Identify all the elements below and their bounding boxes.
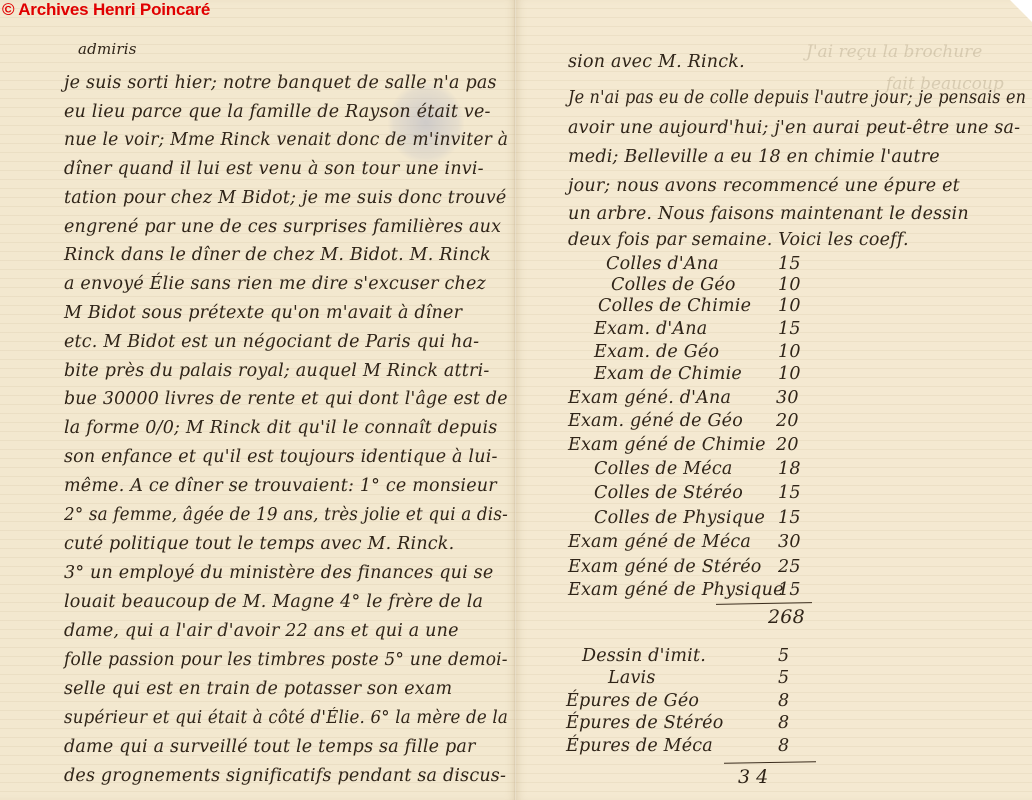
left-line-0: admiris	[78, 40, 137, 58]
coeff-label: Colles d'Ana	[606, 254, 719, 274]
right-intro-line-1: Je n'ai pas eu de colle depuis l'autre j…	[568, 88, 1026, 108]
left-line-20: dame, qui a l'air d'avoir 22 ans et qui …	[64, 621, 459, 641]
drawing-value: 8	[778, 691, 789, 711]
coeff-label: Exam géné de Chimie	[568, 435, 766, 455]
coeff-value: 15	[778, 508, 801, 528]
left-line-9: M Bidot sous prétexte qu'on m'avait à dî…	[64, 303, 462, 323]
right-intro-line-2: avoir une aujourd'hui; j'en aurai peut-ê…	[568, 118, 1020, 138]
left-line-13: la forme 0/0; M Rinck dit qu'il le conna…	[64, 418, 497, 438]
coeff-value: 25	[778, 557, 801, 577]
drawing-label: Dessin d'imit.	[582, 646, 706, 666]
coeff-value: 18	[778, 459, 801, 479]
left-line-2: eu lieu parce que la famille de Rayson é…	[64, 102, 491, 122]
left-line-21: folle passion pour les timbres poste 5° …	[64, 650, 508, 670]
sum-rule	[724, 761, 816, 764]
coeff-label: Exam. d'Ana	[594, 319, 707, 339]
coeff-label: Exam géné de Stéréo	[568, 557, 762, 577]
left-line-15: même. A ce dîner se trouvaient: 1° ce mo…	[64, 476, 497, 496]
left-line-22: selle qui est en train de potasser son e…	[64, 679, 452, 699]
left-line-11: bite près du palais royal; auquel M Rinc…	[64, 361, 490, 381]
right-page: J'ai reçu la brochure fait beaucoup sion…	[516, 0, 1032, 800]
drawing-value: 5	[778, 668, 789, 688]
coeff-value: 30	[778, 532, 801, 552]
left-line-1: je suis sorti hier; notre banquet de sal…	[64, 73, 497, 93]
coeff-value: 10	[778, 275, 801, 295]
coeff-value: 15	[778, 319, 801, 339]
drawing-label: Lavis	[608, 668, 656, 688]
left-line-17: cuté politique tout le temps avec M. Rin…	[64, 534, 454, 554]
right-intro-line-5: un arbre. Nous faisons maintenant le des…	[568, 204, 969, 224]
coeff-value: 20	[776, 411, 799, 431]
drawing-value: 8	[778, 736, 789, 756]
coeff-label: Exam géné de Méca	[568, 532, 751, 552]
left-line-12: bue 30000 livres de rente et qui dont l'…	[64, 389, 508, 409]
coefficients-total: 268	[768, 606, 805, 628]
coeff-value: 30	[776, 388, 799, 408]
coeff-label: Exam. de Géo	[594, 342, 719, 362]
coeff-label: Colles de Chimie	[598, 296, 751, 316]
drawing-label: Épures de Méca	[566, 736, 713, 756]
left-line-14: son enfance et qu'il est toujours identi…	[64, 447, 498, 467]
left-line-24: dame qui a surveillé tout le temps sa fi…	[64, 737, 476, 757]
coeff-label: Exam. géné de Géo	[568, 411, 743, 431]
coeff-value: 10	[778, 342, 801, 362]
drawing-value: 8	[778, 713, 789, 733]
right-intro-line-6: deux fois par semaine. Voici les coeff.	[568, 230, 909, 250]
left-line-7: Rinck dans le dîner de chez M. Bidot. M.…	[64, 245, 491, 265]
drawing-value: 5	[778, 646, 789, 666]
left-line-18: 3° un employé du ministère des finances …	[64, 563, 493, 583]
coeff-label: Colles de Géo	[611, 275, 736, 295]
coeff-label: Colles de Physique	[594, 508, 765, 528]
left-page: admiris je suis sorti hier; notre banque…	[0, 0, 516, 800]
bleed-through-line-0: J'ai reçu la brochure	[806, 42, 982, 62]
coeff-value: 20	[776, 435, 799, 455]
left-line-19: louait beaucoup de M. Magne 4° le frère …	[64, 592, 483, 612]
coeff-label: Colles de Stéréo	[594, 483, 743, 503]
archive-stamp	[388, 82, 464, 164]
right-intro-line-3: medi; Belleville a eu 18 en chimie l'aut…	[568, 147, 940, 167]
left-line-23: supérieur et qui était à côté d'Élie. 6°…	[64, 708, 508, 728]
left-line-4: dîner quand il lui est venu à son tour u…	[64, 159, 484, 179]
drawing-total: 34	[738, 766, 774, 788]
left-line-8: a envoyé Élie sans rien me dire s'excuse…	[64, 274, 486, 294]
left-line-6: engrené par une de ces surprises familiè…	[64, 217, 501, 237]
coeff-value: 10	[778, 296, 801, 316]
coeff-value: 15	[778, 580, 801, 600]
coeff-label: Exam géné de Physique	[568, 580, 784, 600]
drawing-label: Épures de Géo	[566, 691, 699, 711]
right-intro-line-0: sion avec M. Rinck.	[568, 52, 745, 72]
coeff-label: Exam de Chimie	[594, 364, 742, 384]
coeff-value: 10	[778, 364, 801, 384]
coeff-label: Colles de Méca	[594, 459, 732, 479]
left-line-5: tation pour chez M Bidot; je me suis don…	[64, 188, 506, 208]
right-intro-line-4: jour; nous avons recommencé une épure et	[568, 176, 960, 196]
left-line-3: nue le voir; Mme Rinck venait donc de m'…	[64, 130, 508, 150]
coeff-value: 15	[778, 483, 801, 503]
copyright-watermark: © Archives Henri Poincaré	[2, 0, 210, 20]
coeff-value: 15	[778, 254, 801, 274]
drawing-label: Épures de Stéréo	[566, 713, 723, 733]
left-line-25: des grognements significatifs pendant sa…	[64, 766, 506, 786]
left-line-16: 2° sa femme, âgée de 19 ans, très jolie …	[64, 505, 508, 525]
sum-rule	[716, 602, 812, 605]
left-line-10: etc. M Bidot est un négociant de Paris q…	[64, 332, 479, 352]
coeff-label: Exam géné. d'Ana	[568, 388, 731, 408]
